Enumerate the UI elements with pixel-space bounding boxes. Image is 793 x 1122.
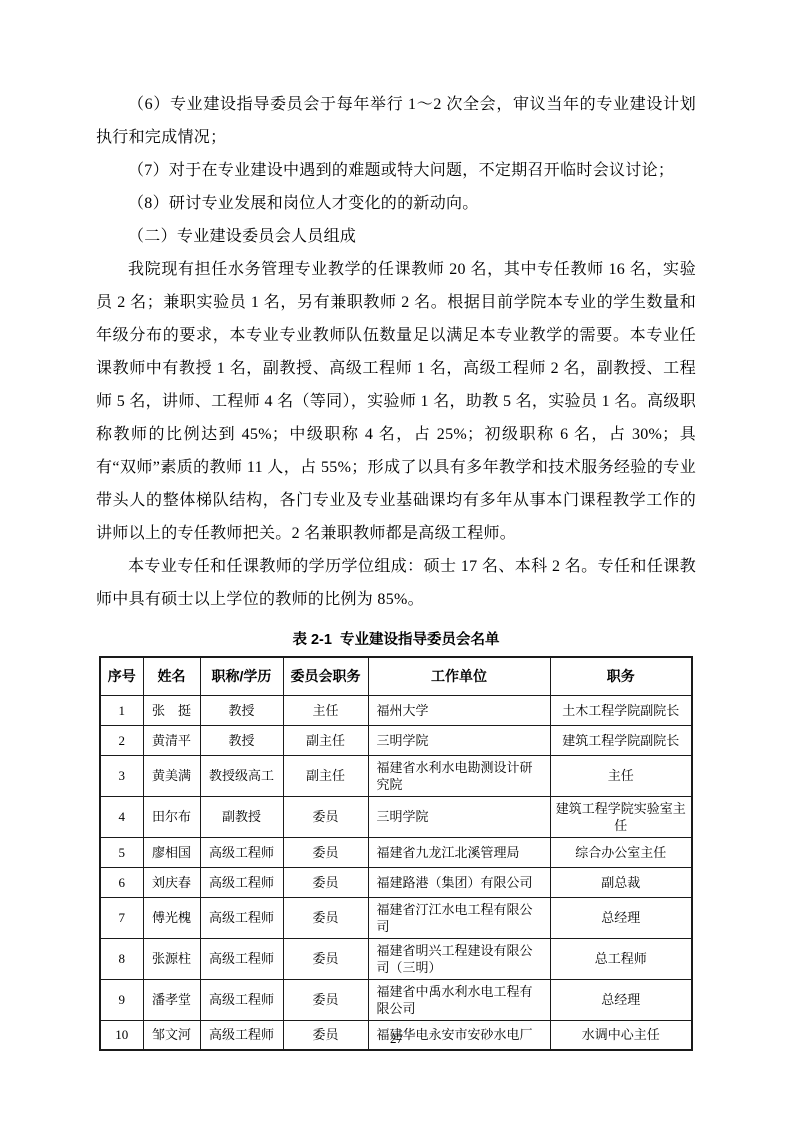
table-row: 7 傅光槐 高级工程师 委员 福建省汀江水电工程有限公司 总经理 xyxy=(100,897,692,938)
cell-name: 潘孝堂 xyxy=(143,979,200,1020)
cell-no: 9 xyxy=(100,979,143,1020)
cell-no: 1 xyxy=(100,695,143,725)
cell-unit: 三明学院 xyxy=(368,725,550,755)
column-header-name: 姓名 xyxy=(143,657,200,695)
cell-name: 廖相国 xyxy=(143,837,200,867)
table-row: 3 黄美满 教授级高工 副主任 福建省水利水电勘测设计研究院 主任 xyxy=(100,755,692,796)
cell-role: 委员 xyxy=(283,979,368,1020)
paragraph-item-8: （8）研讨专业发展和岗位人才变化的的新动向。 xyxy=(96,187,696,220)
cell-unit: 福建省明兴工程建设有限公司（三明） xyxy=(368,938,550,979)
section-heading-committee-members: （二）专业建设委员会人员组成 xyxy=(96,220,696,253)
table-row: 1 张 挺 教授 主任 福州大学 土木工程学院副院长 xyxy=(100,695,692,725)
cell-name: 张源柱 xyxy=(143,938,200,979)
cell-position: 副总裁 xyxy=(550,867,692,897)
cell-name: 刘庆春 xyxy=(143,867,200,897)
cell-role: 委员 xyxy=(283,897,368,938)
cell-no: 2 xyxy=(100,725,143,755)
cell-unit: 福建省九龙江北溪管理局 xyxy=(368,837,550,867)
column-header-title: 职称/学历 xyxy=(200,657,283,695)
cell-name: 傅光槐 xyxy=(143,897,200,938)
cell-title: 高级工程师 xyxy=(200,897,283,938)
cell-unit: 福建省水利水电勘测设计研究院 xyxy=(368,755,550,796)
cell-title: 高级工程师 xyxy=(200,979,283,1020)
cell-position: 总经理 xyxy=(550,979,692,1020)
cell-name: 黄清平 xyxy=(143,725,200,755)
cell-title: 高级工程师 xyxy=(200,837,283,867)
cell-title: 教授 xyxy=(200,725,283,755)
cell-role: 委员 xyxy=(283,837,368,867)
cell-unit: 福建省汀江水电工程有限公司 xyxy=(368,897,550,938)
committee-roster-table: 序号 姓名 职称/学历 委员会职务 工作单位 职务 1 张 挺 教授 主任 福州… xyxy=(99,656,693,1051)
cell-role: 委员 xyxy=(283,867,368,897)
table-row: 8 张源柱 高级工程师 委员 福建省明兴工程建设有限公司（三明） 总工程师 xyxy=(100,938,692,979)
paragraph-degree-composition: 本专业专任和任课教师的学历学位组成：硕士 17 名、本科 2 名。专任和任课教师… xyxy=(96,550,696,616)
cell-position: 总经理 xyxy=(550,897,692,938)
cell-no: 4 xyxy=(100,796,143,837)
cell-unit: 福州大学 xyxy=(368,695,550,725)
cell-no: 3 xyxy=(100,755,143,796)
cell-role: 副主任 xyxy=(283,725,368,755)
table-caption: 表 2-1 专业建设指导委员会名单 xyxy=(96,628,696,649)
cell-title: 高级工程师 xyxy=(200,867,283,897)
table-header-row: 序号 姓名 职称/学历 委员会职务 工作单位 职务 xyxy=(100,657,692,695)
cell-title: 高级工程师 xyxy=(200,938,283,979)
table-row: 5 廖相国 高级工程师 委员 福建省九龙江北溪管理局 综合办公室主任 xyxy=(100,837,692,867)
page-number: 27 xyxy=(0,1031,793,1047)
column-header-no: 序号 xyxy=(100,657,143,695)
paragraph-item-6: （6）专业建设指导委员会于每年举行 1～2 次全会，审议当年的专业建设计划执行和… xyxy=(96,88,696,154)
cell-role: 主任 xyxy=(283,695,368,725)
cell-unit: 三明学院 xyxy=(368,796,550,837)
cell-no: 7 xyxy=(100,897,143,938)
cell-role: 委员 xyxy=(283,796,368,837)
cell-title: 教授 xyxy=(200,695,283,725)
paragraph-item-7: （7）对于在专业建设中遇到的难题或特大问题，不定期召开临时会议讨论； xyxy=(96,154,696,187)
cell-no: 8 xyxy=(100,938,143,979)
cell-role: 委员 xyxy=(283,938,368,979)
cell-position: 建筑工程学院副院长 xyxy=(550,725,692,755)
cell-position: 主任 xyxy=(550,755,692,796)
cell-position: 土木工程学院副院长 xyxy=(550,695,692,725)
table-row: 9 潘孝堂 高级工程师 委员 福建省中禹水利水电工程有限公司 总经理 xyxy=(100,979,692,1020)
table-row: 4 田尔布 副教授 委员 三明学院 建筑工程学院实验室主任 xyxy=(100,796,692,837)
column-header-role: 委员会职务 xyxy=(283,657,368,695)
column-header-position: 职务 xyxy=(550,657,692,695)
table-row: 2 黄清平 教授 副主任 三明学院 建筑工程学院副院长 xyxy=(100,725,692,755)
cell-unit: 福建省中禹水利水电工程有限公司 xyxy=(368,979,550,1020)
cell-title: 副教授 xyxy=(200,796,283,837)
cell-position: 综合办公室主任 xyxy=(550,837,692,867)
cell-name: 黄美满 xyxy=(143,755,200,796)
cell-title: 教授级高工 xyxy=(200,755,283,796)
cell-unit: 福建路港（集团）有限公司 xyxy=(368,867,550,897)
cell-position: 建筑工程学院实验室主任 xyxy=(550,796,692,837)
cell-role: 副主任 xyxy=(283,755,368,796)
cell-position: 总工程师 xyxy=(550,938,692,979)
paragraph-faculty-composition: 我院现有担任水务管理专业教学的任课教师 20 名，其中专任教师 16 名，实验员… xyxy=(96,253,696,550)
cell-no: 6 xyxy=(100,867,143,897)
cell-no: 5 xyxy=(100,837,143,867)
table-row: 6 刘庆春 高级工程师 委员 福建路港（集团）有限公司 副总裁 xyxy=(100,867,692,897)
cell-name: 田尔布 xyxy=(143,796,200,837)
cell-name: 张 挺 xyxy=(143,695,200,725)
document-page: （6）专业建设指导委员会于每年举行 1～2 次全会，审议当年的专业建设计划执行和… xyxy=(0,0,793,1122)
column-header-unit: 工作单位 xyxy=(368,657,550,695)
